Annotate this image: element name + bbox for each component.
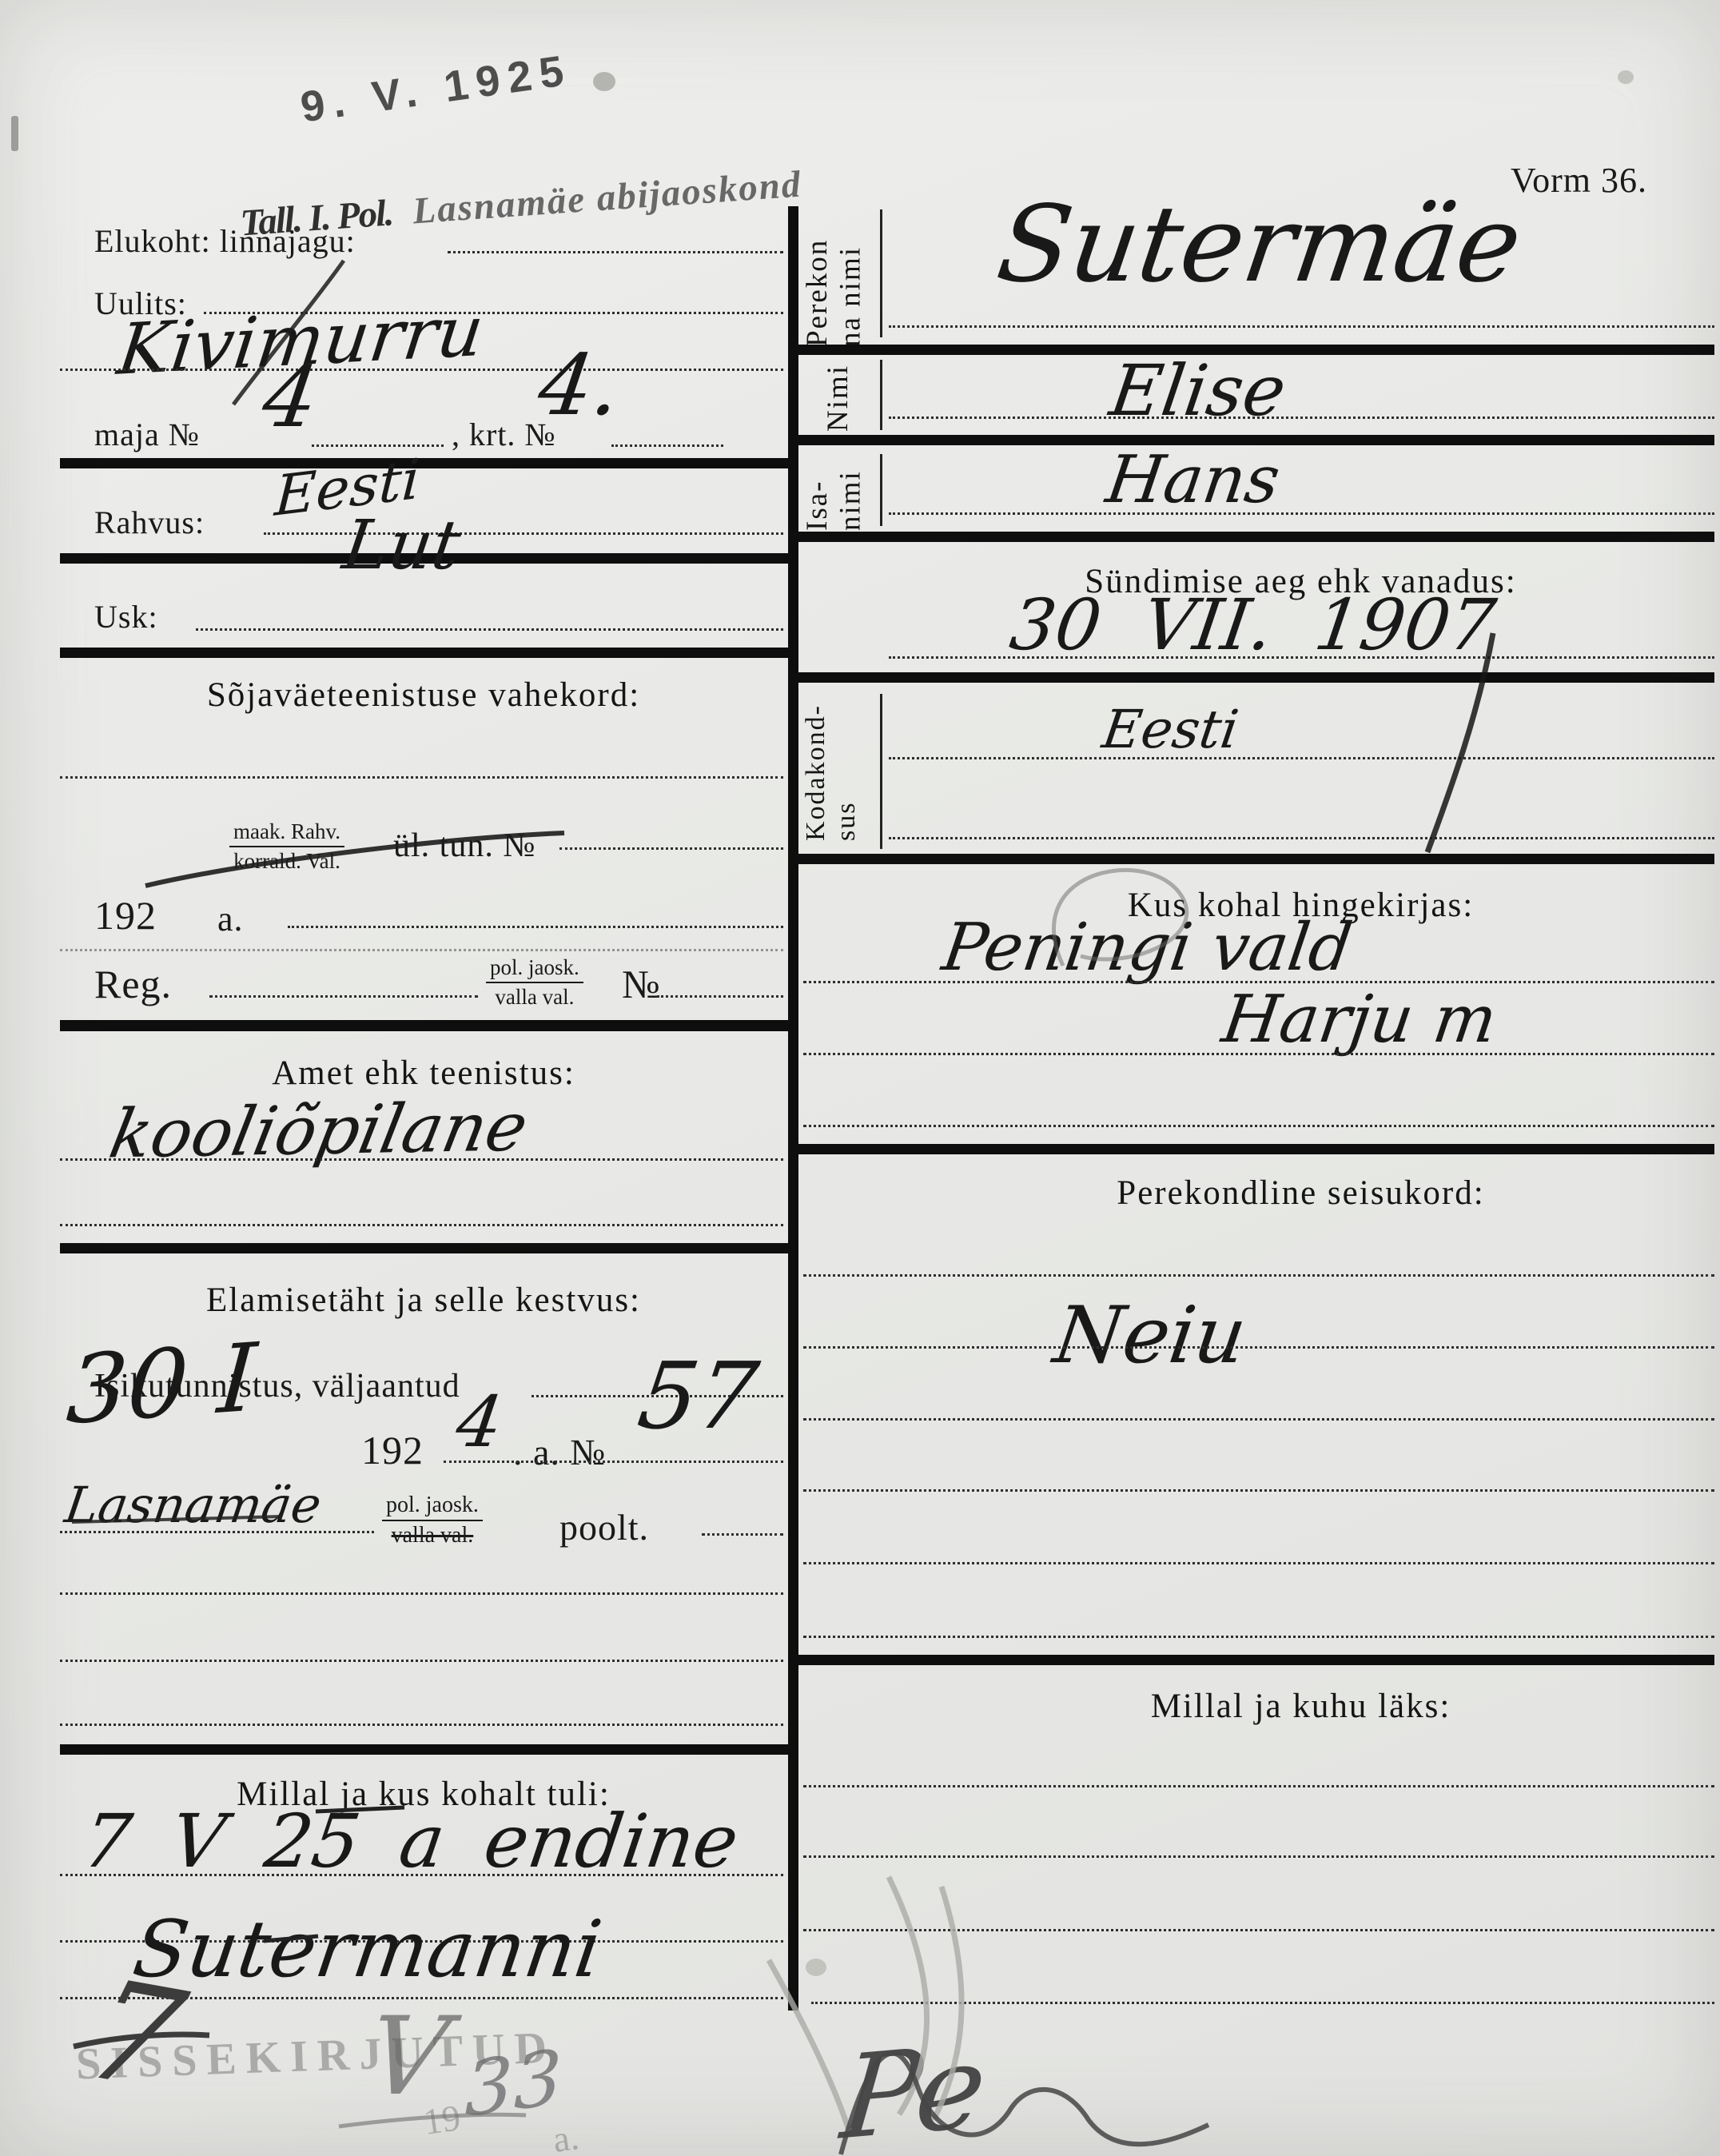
- citizenship-label-line2: sus: [831, 697, 862, 841]
- family-name-handwriting: Sutermäe: [992, 192, 1527, 297]
- registration-label: Reg.: [94, 961, 172, 1007]
- father-name-label: Isa- nimi: [801, 456, 867, 531]
- label-separator: [880, 209, 882, 337]
- arrival-line-1: [60, 1874, 783, 1876]
- registered-day-handwriting: 7: [74, 1962, 196, 2110]
- year-line: [288, 926, 783, 928]
- divider-rule: [60, 1744, 788, 1755]
- paper-speck: [806, 1959, 826, 1976]
- marital-status-line-2: [803, 1346, 1714, 1349]
- date-stamp: 9. V. 1925: [297, 46, 575, 133]
- label-separator: [880, 360, 882, 430]
- departure-line-4: [811, 2002, 1714, 2004]
- father-name-label-line1: Isa-: [801, 456, 834, 531]
- nationality-line: [264, 532, 783, 535]
- certificate-issuer-top: maak. Rahv.: [229, 820, 344, 847]
- registered-year-handwriting: 33: [464, 2040, 562, 2129]
- paper-speck: [1618, 70, 1634, 84]
- military-service-header: Sõjaväeteenistuse vahekord:: [60, 675, 787, 715]
- nationality-label: Rahvus:: [94, 504, 205, 541]
- citizenship-handwriting: Eesti: [1099, 703, 1241, 756]
- form-number: Vorm 36.: [1511, 160, 1647, 201]
- religion-label: Usk:: [94, 598, 158, 636]
- divider-rule: [60, 1020, 788, 1031]
- year-prefix: 192: [94, 892, 157, 939]
- citizenship-line-2: [889, 837, 1714, 839]
- religion-line: [196, 628, 783, 631]
- center-divider: [788, 206, 798, 2011]
- registered-month-handwriting: V: [362, 2003, 455, 2110]
- marital-status-handwriting: Neiu: [1049, 1297, 1251, 1375]
- certificate-issuer-bottom: korrald. Val.: [229, 847, 344, 873]
- first-name-label-text: Nimi: [822, 361, 854, 432]
- residence-label: Elukoht: linnajagu:: [94, 222, 356, 260]
- registration-line-2: [657, 995, 783, 998]
- divider-rule: [798, 532, 1714, 542]
- issuer-line-2: [702, 1533, 783, 1536]
- registration-issuer-bottom: valla val.: [486, 983, 583, 1009]
- departure-line-1: [803, 1785, 1714, 1787]
- registration-number-sign: №: [622, 961, 661, 1007]
- issuer-handwriting: Lasnamäe: [62, 1481, 324, 1530]
- certificate-number-line: [559, 847, 783, 850]
- identity-card-year-prefix: 192: [361, 1427, 424, 1473]
- police-office-stamp-name: Lasnamäe abijaoskond: [412, 164, 803, 233]
- family-name-label-line2: na nimi: [834, 213, 866, 347]
- marital-status-line-3: [803, 1418, 1714, 1421]
- certificate-number-label: ül. tun. №: [393, 827, 536, 865]
- residence-line: [448, 251, 783, 253]
- first-name-line: [889, 416, 1714, 419]
- house-number-handwriting: 4: [258, 356, 324, 440]
- marital-status-line-1: [803, 1274, 1714, 1277]
- year-suffix: a.: [217, 899, 244, 939]
- registration-line-1: [209, 995, 478, 998]
- registered-signature-handwriting: Pe: [838, 2029, 991, 2156]
- permit-blank-line-2: [60, 1660, 783, 1662]
- religion-handwriting: Lut: [339, 512, 464, 580]
- marital-status-header: Perekondline seisukord:: [887, 1174, 1714, 1213]
- marital-status-line-5: [803, 1562, 1714, 1564]
- registration-issuer-fraction: pol. jaosk. valla val.: [486, 956, 583, 1009]
- identity-card-number-handwriting: 57: [633, 1351, 763, 1443]
- father-name-handwriting: Hans: [1102, 448, 1284, 513]
- birth-date-handwriting: 30 VII. 1907: [1006, 590, 1499, 660]
- paper-speck: [11, 116, 18, 151]
- military-line: [60, 776, 783, 779]
- registration-card-scan: 9. V. 1925 Tall. I. Pol. Lasnamäe abijao…: [0, 0, 1720, 2156]
- occupation-line-2: [60, 1224, 783, 1226]
- parish-register-handwriting-1: Peningi vald: [938, 915, 1356, 981]
- parish-register-line-2: [803, 1053, 1714, 1055]
- house-number-line: [312, 444, 444, 447]
- first-name-label: Nimi: [822, 361, 854, 432]
- citizenship-label-line1: Kodakond-: [801, 697, 831, 841]
- occupation-line-1: [60, 1158, 783, 1161]
- family-name-label-line1: Perekon: [801, 213, 834, 347]
- first-name-handwriting: Elise: [1106, 356, 1290, 426]
- blank-line-faint: [60, 949, 783, 951]
- father-name-label-line2: nimi: [834, 456, 866, 531]
- arrival-handwriting-2: Sutermanni: [129, 1911, 606, 1989]
- residence-permit-header: Elamisetäht ja selle kestvus:: [60, 1281, 787, 1320]
- divider-rule: [60, 1243, 788, 1253]
- divider-rule: [798, 1144, 1714, 1154]
- divider-rule: [798, 1655, 1714, 1665]
- departure-line-3: [803, 1929, 1714, 1931]
- occupation-header: Amet ehk teenistus:: [60, 1054, 787, 1093]
- occupation-handwriting: kooliõpilane: [105, 1093, 533, 1167]
- identity-card-line-2: [444, 1461, 783, 1463]
- marital-status-line-4: [803, 1489, 1714, 1492]
- departure-header: Millal ja kuhu läks:: [887, 1687, 1714, 1726]
- birth-date-line: [889, 656, 1714, 659]
- divider-rule: [798, 672, 1714, 683]
- house-number-label: maja №: [94, 416, 200, 453]
- label-separator: [880, 454, 882, 526]
- issuer-fraction-bottom-struck: valla val.: [382, 1521, 483, 1548]
- issuer-suffix-label: poolt.: [559, 1506, 649, 1548]
- family-name-line: [889, 325, 1714, 328]
- father-name-line: [889, 512, 1714, 515]
- apartment-number-handwriting: 4.: [534, 344, 626, 428]
- registration-issuer-top: pol. jaosk.: [486, 956, 583, 983]
- label-separator: [880, 694, 882, 849]
- paper-speck: [593, 72, 615, 91]
- departure-line-2: [803, 1855, 1714, 1858]
- permit-blank-line-1: [60, 1592, 783, 1595]
- apartment-number-line: [611, 444, 723, 447]
- arrival-handwriting-1: 7 V 25 a endine: [79, 1805, 743, 1879]
- issuer-line-1: [60, 1531, 374, 1533]
- divider-rule: [798, 854, 1714, 864]
- identity-card-date-handwriting: 30 I: [64, 1330, 259, 1437]
- citizenship-line-1: [889, 757, 1714, 759]
- identity-card-year-suffix: . a. №: [513, 1431, 606, 1473]
- permit-blank-line-3: [60, 1724, 783, 1726]
- identity-card-year-handwriting: 4: [452, 1387, 507, 1457]
- family-name-label: Perekon na nimi: [801, 213, 867, 347]
- citizenship-label: Kodakond- sus: [801, 697, 862, 841]
- issuer-fraction: pol. jaosk. valla val.: [382, 1493, 483, 1548]
- street-line-2: [60, 369, 783, 371]
- divider-rule: [60, 648, 788, 658]
- divider-rule: [60, 458, 788, 468]
- marital-status-line-6: [803, 1636, 1714, 1638]
- issuer-fraction-top: pol. jaosk.: [382, 1493, 483, 1521]
- parish-register-handwriting-2: Harju m: [1218, 987, 1500, 1053]
- certificate-issuer-fraction: maak. Rahv. korrald. Val.: [229, 820, 344, 873]
- parish-register-line-3: [803, 1125, 1714, 1127]
